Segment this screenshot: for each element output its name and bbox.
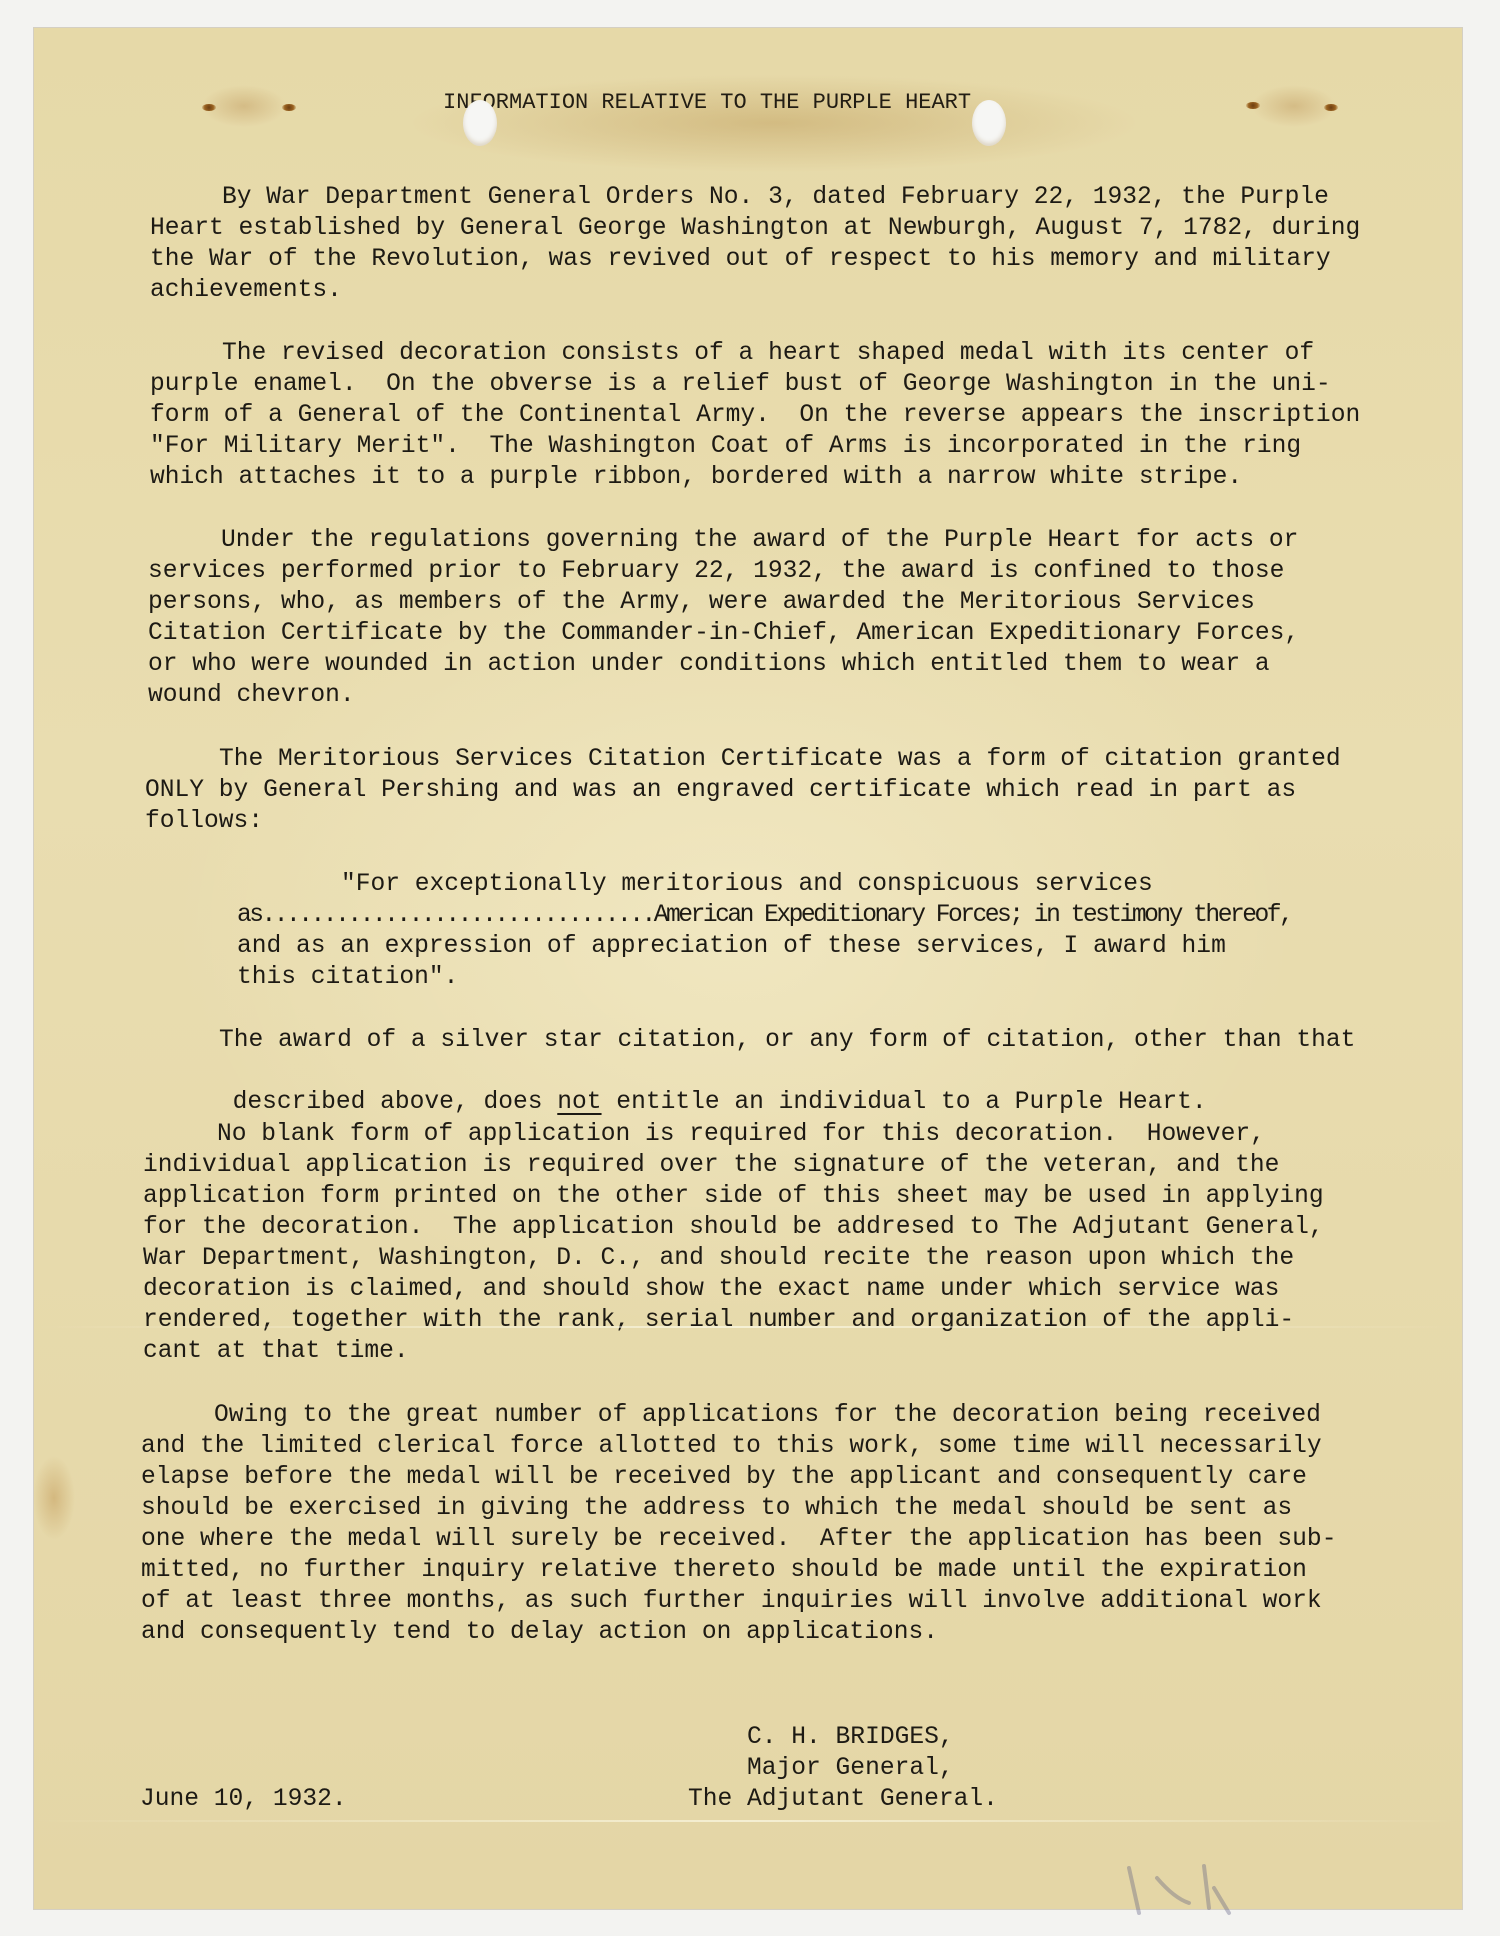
pencil-mark-icon bbox=[1119, 1858, 1239, 1918]
text-line: cant at that time. bbox=[143, 1336, 409, 1367]
paper-crease bbox=[34, 1326, 1462, 1328]
text-line: individual application is required over … bbox=[143, 1150, 1279, 1181]
text-line: and the limited clerical force allotted … bbox=[141, 1431, 1322, 1462]
text-line: and as an expression of appreciation of … bbox=[237, 931, 1226, 962]
text-line: this citation". bbox=[237, 962, 458, 993]
text-line: War Department, Washington, D. C., and s… bbox=[143, 1243, 1294, 1274]
text-line: services performed prior to February 22,… bbox=[148, 556, 1284, 587]
text-line: "For exceptionally meritorious and consp… bbox=[341, 869, 1153, 900]
text-line: Heart established by General George Wash… bbox=[150, 213, 1360, 244]
text-line: application form printed on the other si… bbox=[143, 1181, 1324, 1212]
document-page: INFORMATION RELATIVE TO THE PURPLE HEART… bbox=[34, 28, 1462, 1909]
text-line: wound chevron. bbox=[148, 680, 355, 711]
text-line: and consequently tend to delay action on… bbox=[141, 1617, 938, 1648]
text-line: The award of a silver star citation, or … bbox=[219, 1025, 1355, 1056]
text-line: The revised decoration consists of a hea… bbox=[222, 338, 1314, 369]
text-line: one where the medal will surely be recei… bbox=[141, 1524, 1336, 1555]
text-line: achievements. bbox=[150, 275, 342, 306]
staple-rust-mark bbox=[1324, 104, 1338, 111]
text-line: persons, who, as members of the Army, we… bbox=[148, 587, 1255, 618]
text-line: purple enamel. On the obverse is a relie… bbox=[150, 369, 1331, 400]
text-segment: entitle an individual to a Purple Heart. bbox=[602, 1089, 1207, 1116]
text-segment: described above, does bbox=[233, 1089, 558, 1116]
text-line: decoration is claimed, and should show t… bbox=[143, 1274, 1279, 1305]
signature-office: The Adjutant General. bbox=[688, 1784, 998, 1815]
signature-rank: Major General, bbox=[747, 1753, 954, 1784]
text-line: of at least three months, as such furthe… bbox=[141, 1586, 1322, 1617]
emphasized-not: not bbox=[557, 1089, 601, 1116]
text-line: ONLY by General Pershing and was an engr… bbox=[145, 775, 1296, 806]
text-line: form of a General of the Continental Arm… bbox=[150, 400, 1360, 431]
staple-rust-mark bbox=[202, 104, 216, 111]
staple-rust-mark bbox=[282, 104, 296, 111]
document-date: June 10, 1932. bbox=[140, 1784, 347, 1815]
text-line: By War Department General Orders No. 3, … bbox=[222, 182, 1329, 213]
text-line: elapse before the medal will be received… bbox=[141, 1462, 1307, 1493]
text-line: the War of the Revolution, was revived o… bbox=[150, 244, 1331, 275]
staple-rust-mark bbox=[1246, 102, 1260, 109]
text-line: Citation Certificate by the Commander-in… bbox=[148, 618, 1299, 649]
text-line: Owing to the great number of application… bbox=[214, 1400, 1321, 1431]
text-line: or who were wounded in action under cond… bbox=[148, 649, 1270, 680]
document-title: INFORMATION RELATIVE TO THE PURPLE HEART bbox=[443, 87, 971, 118]
paper-crease bbox=[34, 1820, 1462, 1822]
punch-hole bbox=[972, 100, 1006, 146]
text-line: as................................Americ… bbox=[237, 900, 1291, 931]
signature-name: C. H. BRIDGES, bbox=[747, 1722, 954, 1753]
text-line: follows: bbox=[145, 806, 263, 837]
text-line: The Meritorious Services Citation Certif… bbox=[219, 744, 1341, 775]
text-line: rendered, together with the rank, serial… bbox=[143, 1305, 1294, 1336]
text-line: which attaches it to a purple ribbon, bo… bbox=[150, 462, 1242, 493]
punch-hole bbox=[463, 100, 497, 146]
text-line: Under the regulations governing the awar… bbox=[221, 525, 1298, 556]
text-line: "For Military Merit". The Washington Coa… bbox=[150, 431, 1301, 462]
text-line: mitted, no further inquiry relative ther… bbox=[141, 1555, 1307, 1586]
text-line: No blank form of application is required… bbox=[217, 1119, 1265, 1150]
text-line: for the decoration. The application shou… bbox=[143, 1212, 1324, 1243]
text-line: should be exercised in giving the addres… bbox=[141, 1493, 1292, 1524]
